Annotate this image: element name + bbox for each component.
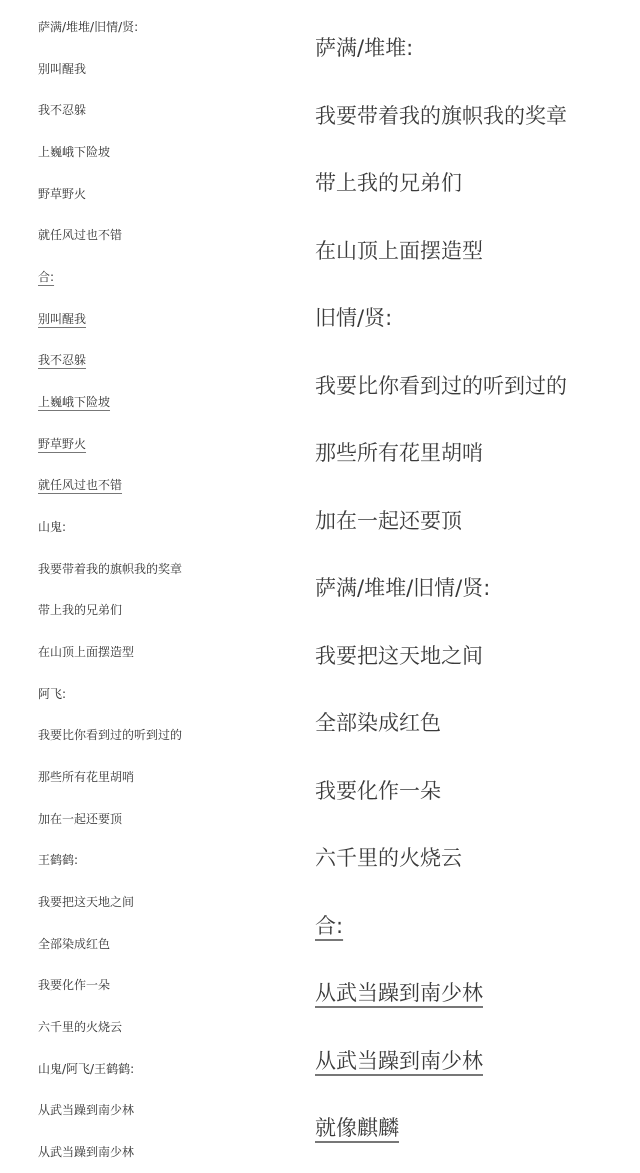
lyric-line: 旧情/贤: [315, 304, 392, 332]
lyric-line: 我要比你看到过的听到过的 [315, 372, 567, 400]
lyric-line: 我要把这天地之间 [315, 642, 483, 670]
lyric-line: 萨满/堆堆: [315, 34, 413, 62]
lyric-line: 那些所有花里胡哨 [38, 769, 134, 785]
lyric-line: 我不忍躲 [38, 102, 86, 118]
lyric-line: 我要化作一朵 [315, 777, 441, 805]
lyric-line: 上巍峨下险坡 [38, 394, 110, 410]
lyric-line: 萨满/堆堆/旧情/贤: [315, 574, 490, 602]
lyric-line: 合: [38, 269, 54, 285]
lyric-line: 全部染成红色 [315, 709, 441, 737]
lyric-line: 就像麒麟 [315, 1114, 399, 1142]
lyric-line: 野草野火 [38, 436, 86, 452]
lyric-line: 从武当躁到南少林 [38, 1102, 134, 1118]
lyric-line: 王鹤鹤: [38, 852, 78, 868]
lyric-line: 山鬼: [38, 519, 66, 535]
lyric-line: 别叫醒我 [38, 311, 86, 327]
lyric-line: 加在一起还要顶 [315, 507, 462, 535]
lyric-line: 从武当躁到南少林 [38, 1144, 134, 1160]
lyric-line: 在山顶上面摆造型 [315, 237, 483, 265]
lyric-line: 带上我的兄弟们 [315, 169, 462, 197]
lyric-line: 六千里的火烧云 [315, 844, 462, 872]
lyric-line: 我要比你看到过的听到过的 [38, 727, 182, 743]
lyric-line: 在山顶上面摆造型 [38, 644, 134, 660]
lyric-line: 从武当躁到南少林 [315, 1047, 483, 1075]
lyric-line: 我要带着我的旗帜我的奖章 [315, 102, 567, 130]
lyric-line: 山鬼/阿飞/王鹤鹤: [38, 1061, 134, 1077]
lyric-line: 野草野火 [38, 186, 86, 202]
lyric-line: 加在一起还要顶 [38, 811, 122, 827]
lyric-line: 就任风过也不错 [38, 477, 122, 493]
lyric-line: 带上我的兄弟们 [38, 602, 122, 618]
lyric-line: 上巍峨下险坡 [38, 144, 110, 160]
lyric-line: 合: [315, 912, 343, 940]
lyric-line: 从武当躁到南少林 [315, 979, 483, 1007]
lyric-line: 阿飞: [38, 686, 66, 702]
lyric-line: 就任风过也不错 [38, 227, 122, 243]
lyric-line: 六千里的火烧云 [38, 1019, 122, 1035]
lyric-line: 全部染成红色 [38, 936, 110, 952]
lyric-line: 别叫醒我 [38, 61, 86, 77]
lyric-line: 那些所有花里胡哨 [315, 439, 483, 467]
lyric-line: 萨满/堆堆/旧情/贤: [38, 19, 138, 35]
lyric-line: 我要把这天地之间 [38, 894, 134, 910]
lyric-line: 我要带着我的旗帜我的奖章 [38, 561, 182, 577]
lyric-line: 我要化作一朵 [38, 977, 110, 993]
lyric-line: 我不忍躲 [38, 352, 86, 368]
